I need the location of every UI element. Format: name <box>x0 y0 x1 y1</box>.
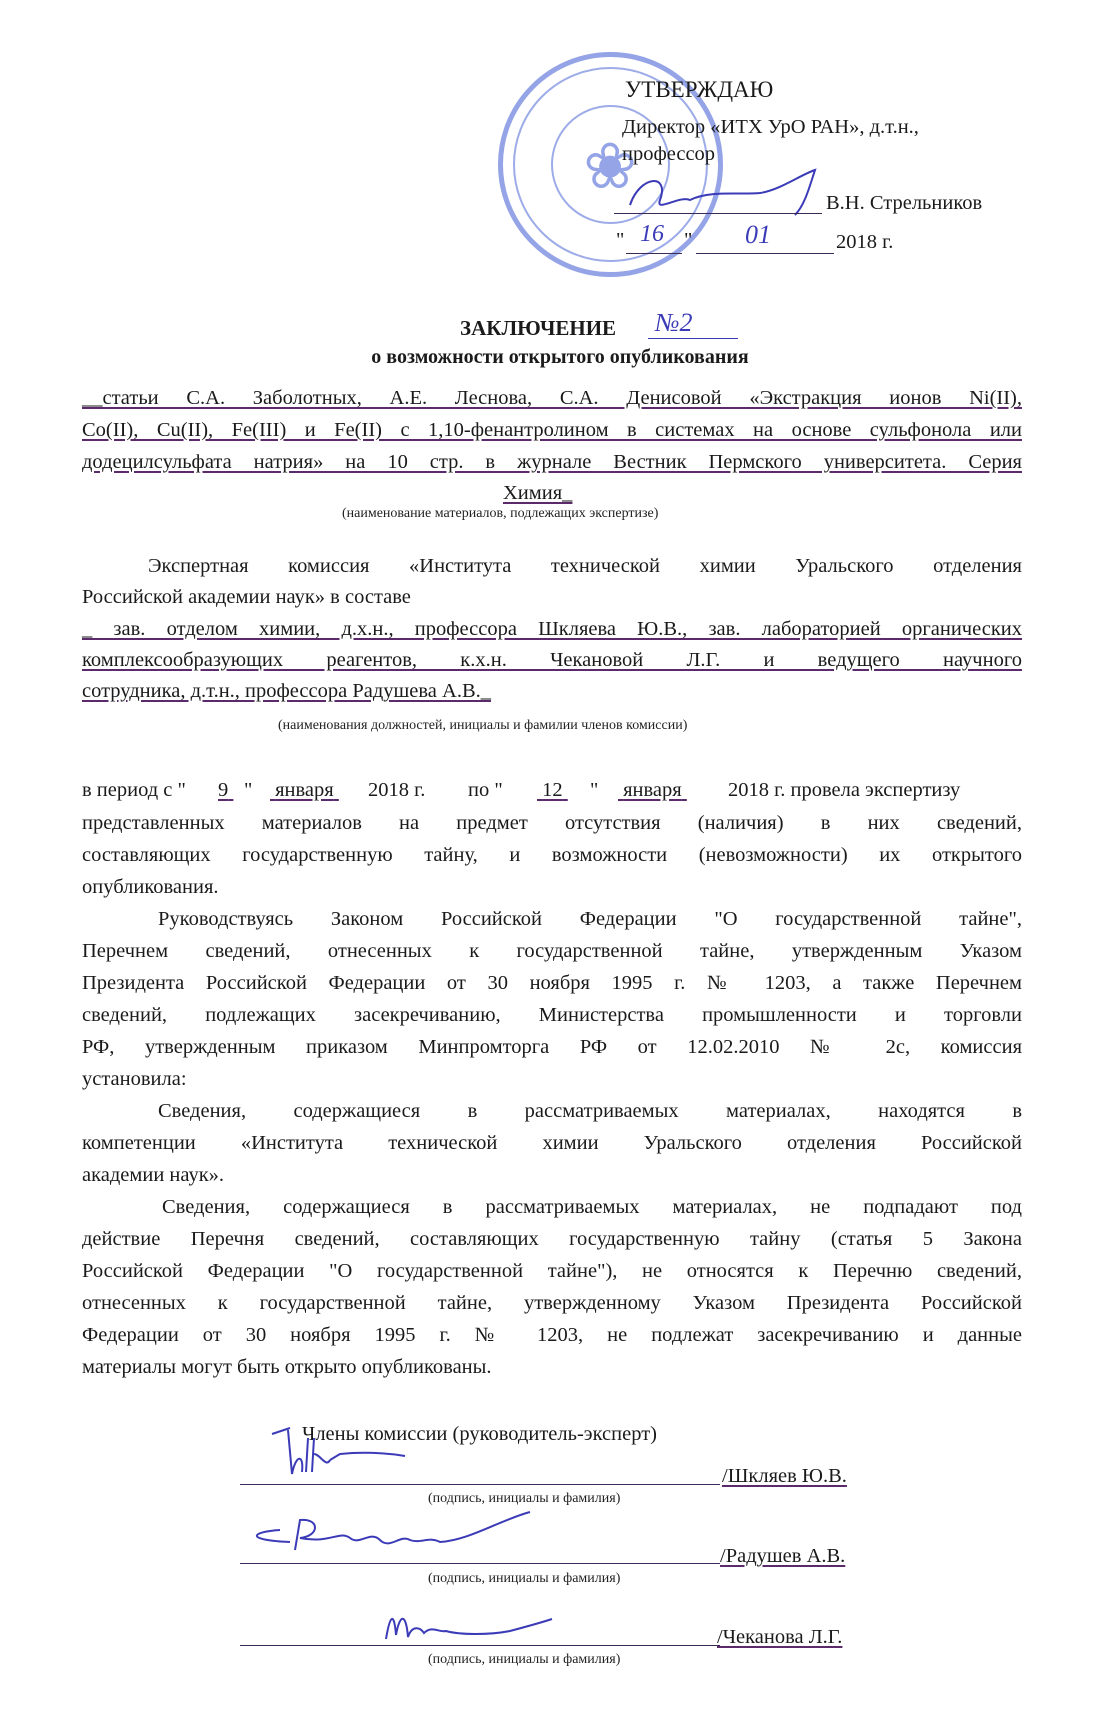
para3-line-3: Российской Федерации "О государственной … <box>82 1261 1022 1282</box>
document-subtitle: о возможности открытого опубликования <box>0 347 1120 367</box>
approval-title: УТВЕРЖДАЮ <box>625 78 773 101</box>
material-line-2: Co(II), Cu(II), Fe(III) и Fe(II) с 1,10-… <box>82 420 1022 441</box>
document-title: ЗАКЛЮЧЕНИЕ <box>460 318 616 339</box>
material-line-4: Химия_ <box>503 483 572 504</box>
date-day: 16 <box>640 222 664 246</box>
commission-members-2: комплексообразующих реагентов, к.х.н. Че… <box>82 650 1022 671</box>
date-day-line <box>626 253 682 254</box>
para1-line-3: Президента Российской Федерации от 30 но… <box>82 973 1022 994</box>
signature-line-3 <box>240 1645 720 1646</box>
commission-members-1: _ зав. отделом химии, д.х.н., профессора… <box>82 619 1022 640</box>
date-quote-close: " <box>684 230 692 251</box>
para3-line-2: действие Перечня сведений, составляющих … <box>82 1229 1022 1250</box>
para1-line-2: Перечнем сведений, отнесенных к государс… <box>82 941 1022 962</box>
period-line-4: опубликования. <box>82 877 219 898</box>
director-name: В.Н. Стрельников <box>826 193 982 214</box>
signature-caption-3: (подпись, инициалы и фамилия) <box>428 1652 620 1668</box>
commission-intro-2: Российской академии наук» в составе <box>82 587 411 608</box>
para2-line-3: академии наук». <box>82 1165 224 1186</box>
signature-chekanova <box>380 1605 560 1645</box>
document-number-handwritten: №2 <box>655 310 693 336</box>
date-year: 2018 г. <box>836 232 893 253</box>
para1-line-1: Руководствуясь Законом Российской Федера… <box>158 909 1022 930</box>
period-from-month: января <box>270 780 339 801</box>
period-prefix: в период с " <box>82 780 186 801</box>
member-name-2: /Радушев А.В. <box>720 1546 845 1567</box>
signature-shklyaev <box>270 1424 410 1484</box>
period-to-prefix: по " <box>468 780 503 801</box>
date-month: 01 <box>745 222 771 248</box>
material-line-1: __статьи С.А. Заболотных, А.Е. Леснова, … <box>82 388 1022 409</box>
period-to-year: 2018 г. провела экспертизу <box>728 780 960 801</box>
commission-intro-1: Экспертная комиссия «Института техническ… <box>148 556 1022 577</box>
document-number-line <box>648 338 738 339</box>
approval-position: Директор «ИТХ УрО РАН», д.т.н., <box>622 117 919 138</box>
commission-caption: (наименования должностей, инициалы и фам… <box>278 718 687 734</box>
para1-line-5: РФ, утвержденным приказом Минпромторга Р… <box>82 1037 1022 1058</box>
para1-line-6: установила: <box>82 1069 187 1090</box>
signature-caption-2: (подпись, инициалы и фамилия) <box>428 1571 620 1587</box>
period-from-year: 2018 г. <box>368 780 425 801</box>
para3-line-5: Федерации от 30 ноября 1995 г. № 1203, н… <box>82 1325 1022 1346</box>
date-month-line <box>696 253 834 254</box>
para2-line-2: компетенции «Института технической химии… <box>82 1133 1022 1154</box>
approval-position-2: профессор <box>622 144 715 165</box>
para3-line-1: Сведения, содержащиеся в рассматриваемых… <box>162 1197 1022 1218</box>
commission-members-3: сотрудника, д.т.н., профессора Радушева … <box>82 681 491 702</box>
signature-line-1 <box>240 1484 720 1485</box>
period-quote-close-2: " <box>590 780 598 801</box>
period-from-day: 9 <box>218 780 233 801</box>
date-quote-open: " <box>616 230 624 251</box>
period-to-month: января <box>618 780 687 801</box>
para1-line-4: сведений, подлежащих засекречиванию, Мин… <box>82 1005 1022 1026</box>
signature-radushev <box>240 1500 540 1570</box>
director-signature <box>610 165 840 225</box>
member-name-1: /Шкляев Ю.В. <box>722 1466 847 1487</box>
director-signature-line <box>614 213 822 214</box>
signature-line-2 <box>240 1563 720 1564</box>
period-line-3: составляющих государственную тайну, и во… <box>82 845 1022 866</box>
para3-line-4: отнесенных к государственной тайне, утве… <box>82 1293 1022 1314</box>
period-quote-close: " <box>244 780 252 801</box>
material-caption: (наименование материалов, подлежащих экс… <box>342 506 658 522</box>
material-line-3: додецилсульфата натрия» на 10 стр. в жур… <box>82 452 1022 473</box>
member-name-3: /Чеканова Л.Г. <box>717 1627 842 1648</box>
para2-line-1: Сведения, содержащиеся в рассматриваемых… <box>158 1101 1022 1122</box>
period-line-2: представленных материалов на предмет отс… <box>82 813 1022 834</box>
para3-line-6: материалы могут быть открыто опубликован… <box>82 1357 492 1378</box>
period-to-day: 12 <box>537 780 568 801</box>
